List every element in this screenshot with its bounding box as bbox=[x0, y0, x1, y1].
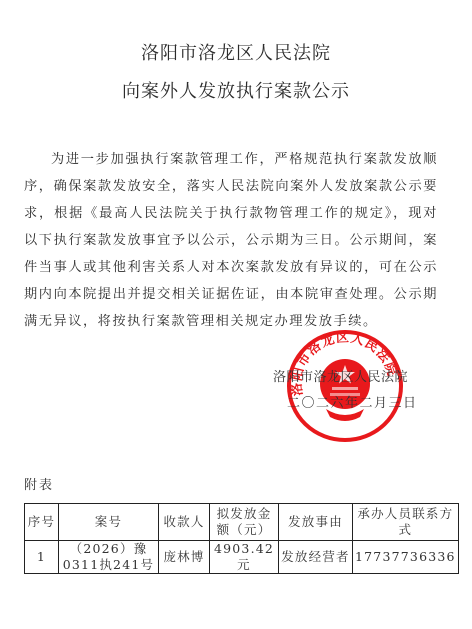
table-header-row: 序号 案号 收款人 拟发放金额（元） 发放事由 承办人员联系方式 bbox=[25, 504, 459, 541]
table-row: 1 （2026）豫0311执241号 庞林博 4903.42 元 发放经营者 1… bbox=[25, 541, 459, 574]
notice-title: 向案外人发放执行案款公示 bbox=[0, 77, 472, 103]
cell-contact: 17737736336 bbox=[353, 541, 459, 574]
issuer-name: 洛阳市洛龙区人民法院 bbox=[273, 366, 408, 385]
notice-body: 为进一步加强执行案款管理工作，严格规范执行案款发放顺序，确保案款发放安全，落实人… bbox=[24, 146, 438, 335]
disbursement-table: 序号 案号 收款人 拟发放金额（元） 发放事由 承办人员联系方式 1 （2026… bbox=[24, 503, 459, 574]
cell-reason: 发放经营者 bbox=[279, 541, 353, 574]
court-name-title: 洛阳市洛龙区人民法院 bbox=[0, 39, 472, 65]
header-case-number: 案号 bbox=[59, 504, 159, 541]
appendix-label: 附表 bbox=[24, 474, 54, 493]
cell-serial: 1 bbox=[25, 541, 59, 574]
header-payee: 收款人 bbox=[159, 504, 210, 541]
header-serial: 序号 bbox=[25, 504, 59, 541]
header-amount: 拟发放金额（元） bbox=[210, 504, 279, 541]
cell-case-number: （2026）豫0311执241号 bbox=[59, 541, 159, 574]
header-reason: 发放事由 bbox=[279, 504, 353, 541]
court-seal-icon: 洛阳市洛龙区人民法院 bbox=[286, 329, 404, 443]
cell-payee: 庞林博 bbox=[159, 541, 210, 574]
header-contact: 承办人员联系方式 bbox=[353, 504, 459, 541]
issue-date: 二〇二六年二月三日 bbox=[287, 392, 418, 411]
cell-amount: 4903.42 元 bbox=[210, 541, 279, 574]
